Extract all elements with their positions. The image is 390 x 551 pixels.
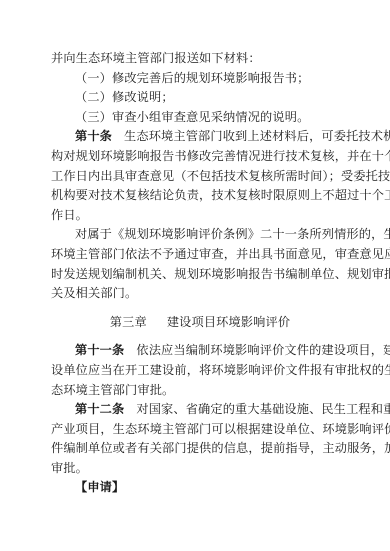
intro-line: 并向生态环境主管部门报送如下材料： — [51, 49, 349, 69]
chapter-heading: 第三章建设项目环境影响评价 — [51, 313, 349, 333]
material-item-1: （一）修改完善后的规划环境影响报告书； — [51, 69, 349, 89]
article-12-line: 审批。 — [51, 459, 349, 479]
article-11-text: 依法应当编制环境影响评价文件的建设项目，建 — [136, 343, 390, 357]
article-10-line: 机构要对技术复核结论负责，技术复核时限原则上不超过十个工 — [51, 186, 349, 206]
article-12-line: 件编制单位或者有关部门提供的信息，提前指导，主动服务，加快 — [51, 439, 349, 459]
article-11-first-line: 第十一条依法应当编制环境影响评价文件的建设项目，建 — [51, 341, 349, 361]
article-10-first-line: 第十条生态环境主管部门收到上述材料后，可委托技术机 — [51, 127, 349, 147]
article-10-text: 生态环境主管部门收到上述材料后，可委托技术机 — [124, 129, 390, 143]
section-heading: 【申请】 — [51, 478, 349, 498]
article-10-line: 工作日内出具审查意见（不包括技术复核所需时间）；受委托技术 — [51, 167, 349, 187]
document-page: 并向生态环境主管部门报送如下材料： （一）修改完善后的规划环境影响报告书； （二… — [51, 49, 349, 498]
article-10-line: 构对规划环境影响报告书修改完善情况进行技术复核，并在十个 — [51, 147, 349, 167]
article-12-first-line: 第十二条对国家、省确定的重大基础设施、民生工程和重大 — [51, 400, 349, 420]
article-11-line: 设单位应当在开工建设前，将环境影响评价文件报有审批权的生 — [51, 361, 349, 381]
article-12-line: 产业项目，生态环境主管部门可以根据建设单位、环境影响评价文 — [51, 420, 349, 440]
chapter-title: 建设项目环境影响评价 — [167, 315, 290, 329]
rejection-paragraph-line: 对属于《规划环境影响评价条例》二十一条所列情形的，生态 — [51, 225, 349, 245]
rejection-paragraph-line: 关及相关部门。 — [51, 284, 349, 304]
material-item-2: （二）修改说明； — [51, 88, 349, 108]
article-11-line: 态环境主管部门审批。 — [51, 381, 349, 401]
rejection-paragraph-line: 时发送规划编制机关、规划环境影响报告书编制单位、规划审批机 — [51, 265, 349, 285]
article-12-text: 对国家、省确定的重大基础设施、民生工程和重大 — [136, 402, 390, 416]
article-10-label: 第十条 — [75, 129, 112, 143]
material-item-3: （三）审查小组审查意见采纳情况的说明。 — [51, 108, 349, 128]
article-11-label: 第十一条 — [75, 343, 124, 357]
article-12-label: 第十二条 — [75, 402, 124, 416]
article-10-line: 作日。 — [51, 206, 349, 226]
chapter-number: 第三章 — [110, 315, 147, 329]
rejection-paragraph-line: 环境主管部门依法不予通过审查，并出具书面意见，审查意见应及 — [51, 245, 349, 265]
